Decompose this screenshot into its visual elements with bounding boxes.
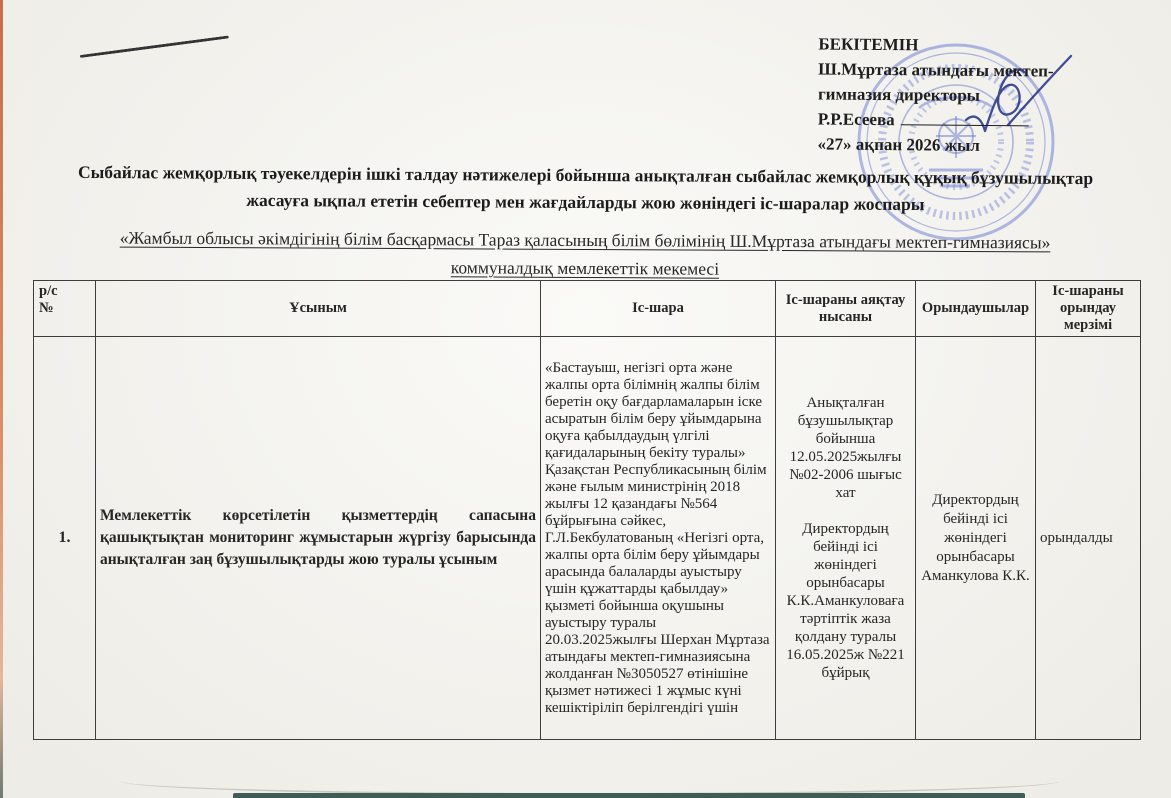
- completion-form-paragraph-1: Анықталған бұзушылықтар бойынша 12.05.20…: [780, 394, 911, 502]
- approval-label: БЕКІТЕМІН: [818, 31, 1168, 59]
- approval-name-line: Р.Р.Есеева: [818, 106, 1168, 134]
- approval-date: «27» ақпан 2026 жыл: [817, 131, 1167, 159]
- header-completion-form: Іс-шараны аяқтау нысаны: [776, 281, 916, 337]
- header-recommendation: Ұсыным: [96, 281, 541, 337]
- executors-cell: Директордың бейінді ісі жөніндегі орынба…: [916, 337, 1036, 740]
- header-deadline: Іс-шараны орындау мерзімі: [1036, 281, 1141, 337]
- approval-org-line1: Ш.Мұртаза атындағы мектеп-: [818, 56, 1168, 84]
- completion-form-paragraph-2: Директордың бейінді ісі жөніндегі орынба…: [780, 520, 911, 682]
- scan-edge-left: [0, 0, 3, 798]
- row-number-cell: 1.: [34, 337, 96, 740]
- recommendation-cell: Мемлекеттік көрсетілетін қызметтердің са…: [96, 337, 541, 740]
- completion-form-cell: Анықталған бұзушылықтар бойынша 12.05.20…: [776, 337, 916, 740]
- pen-stroke-mark-icon: [80, 35, 229, 58]
- status-cell: орындалды: [1036, 337, 1141, 740]
- scan-edge-bottom: [233, 793, 1025, 798]
- signature-line: [901, 110, 1029, 126]
- table-header-row: р/с № Ұсыным Іс-шара Іс-шараны аяқтау ны…: [34, 281, 1141, 337]
- approval-block: БЕКІТЕМІН Ш.Мұртаза атындағы мектеп- гим…: [817, 31, 1168, 159]
- document-title: Сыбайлас жемқорлық тәуекелдерін ішкі тал…: [63, 159, 1108, 219]
- header-action: Іс-шара: [541, 281, 776, 337]
- action-cell: «Бастауыш, негізгі орта және жалпы орта …: [541, 337, 776, 740]
- header-executors: Орындаушылар: [916, 281, 1036, 337]
- header-row-number: р/с №: [34, 281, 96, 337]
- action-plan-table: р/с № Ұсыным Іс-шара Іс-шараны аяқтау ны…: [33, 280, 1141, 740]
- document-subtitle: «Жамбыл облысы әкімдігінің білім басқарм…: [85, 223, 1085, 284]
- table-row: 1. Мемлекеттік көрсетілетін қызметтердің…: [34, 337, 1141, 740]
- approval-org-line2: гимназия директоры: [818, 81, 1168, 109]
- director-name: Р.Р.Есеева: [818, 109, 895, 129]
